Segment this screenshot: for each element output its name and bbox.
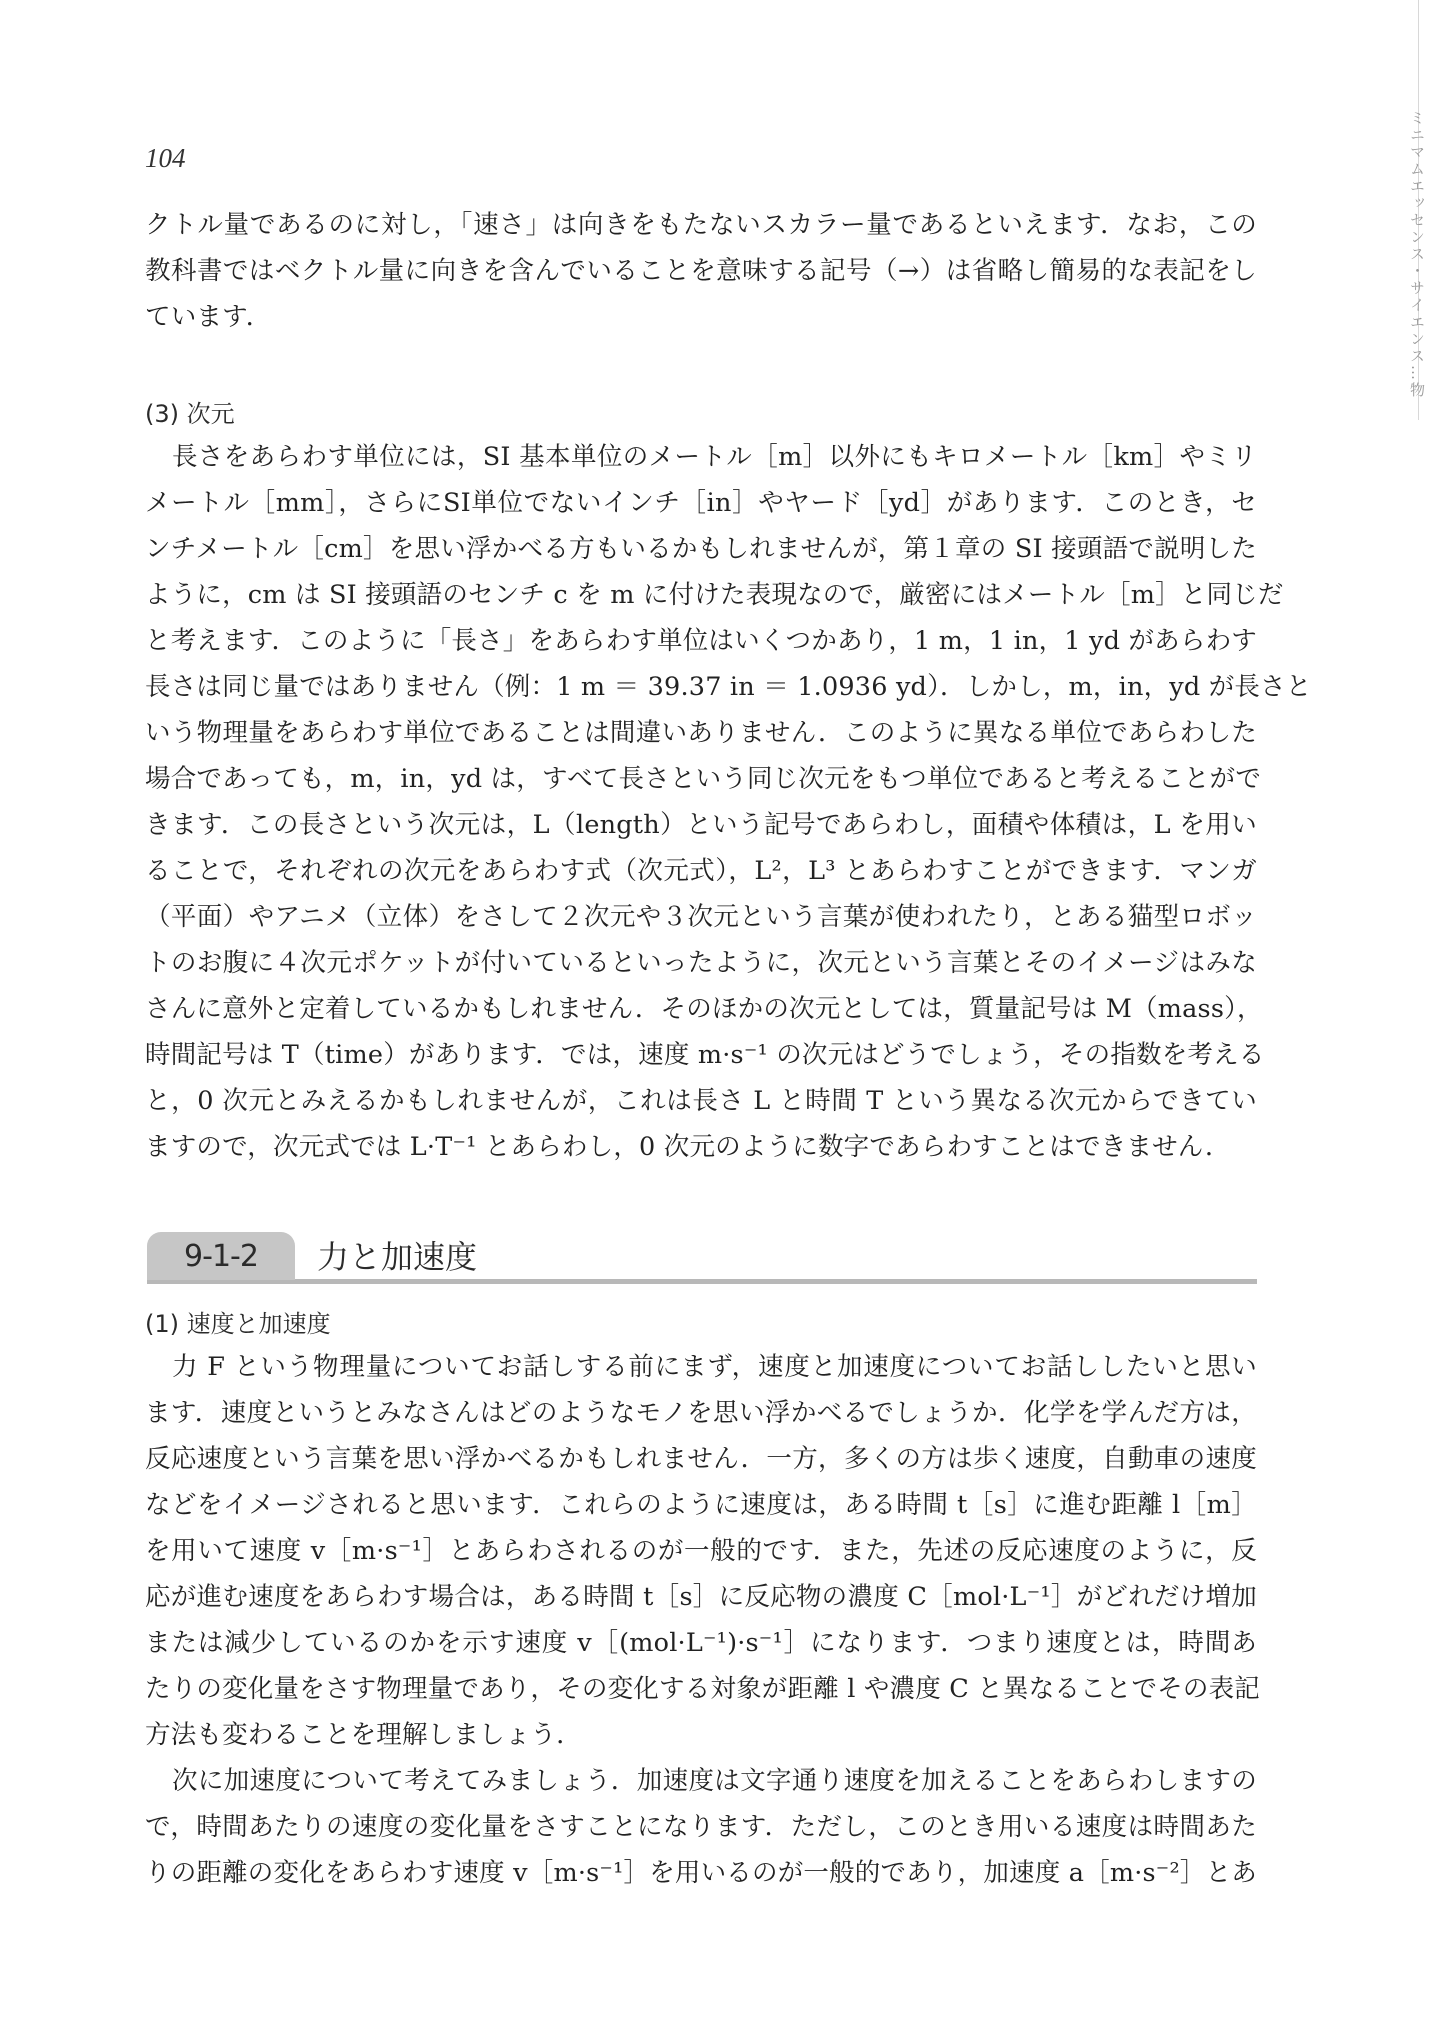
text-line: 反応速度という言葉を思い浮かべるかもしれません．一方，多くの方は歩く速度，自動車… [145, 1436, 1257, 1482]
text-line: トのお腹に４次元ポケットが付いているといったように，次元という言葉とそのイメージ… [145, 940, 1257, 986]
intro-paragraph: クトル量であるのに対し，「速さ」は向きをもたないスカラー量であるといえます．なお… [145, 202, 1257, 340]
subsection-heading-velocity: (1) 速度と加速度 [145, 1304, 331, 1339]
edge-running-head: ミニマムエッセンス・サイエンス…物理 [1408, 110, 1428, 410]
section-title: 力と加速度 [317, 1232, 477, 1282]
dimension-paragraph: 長さをあらわす単位には，SI 基本単位のメートル［m］以外にもキロメートル［km… [145, 434, 1257, 1170]
text-line: を用いて速度 v［m·s⁻¹］とあらわされるのが一般的です．また，先述の反応速度… [145, 1528, 1257, 1574]
text-line: 場合であっても，m，in，yd は，すべて長さという同じ次元をもつ単位であると考… [145, 756, 1257, 802]
text-line: 長さは同じ量ではありません（例：1 m ＝ 39.37 in ＝ 1.0936 … [145, 664, 1257, 710]
text-line: 教科書ではベクトル量に向きを含んでいることを意味する記号（→）は省略し簡易的な表… [145, 248, 1257, 294]
text-line: で，時間あたりの速度の変化量をさすことになります．ただし，このとき用いる速度は時… [145, 1804, 1257, 1850]
page-number: 104 [145, 143, 186, 174]
text-line: 長さをあらわす単位には，SI 基本単位のメートル［m］以外にもキロメートル［km… [145, 434, 1257, 480]
text-line: 次に加速度について考えてみましょう．加速度は文字通り速度を加えることをあらわしま… [145, 1758, 1257, 1804]
text-line: さんに意外と定着しているかもしれません．そのほかの次元としては，質量記号は M（… [145, 986, 1257, 1032]
velocity-paragraph-1: 力 F という物理量についてお話しする前にまず，速度と加速度についてお話ししたい… [145, 1344, 1257, 1758]
text-line: たりの変化量をさす物理量であり，その変化する対象が距離 l や濃度 C と異なる… [145, 1666, 1257, 1712]
text-line: 力 F という物理量についてお話しする前にまず，速度と加速度についてお話ししたい… [145, 1344, 1257, 1390]
text-line: ることで，それぞれの次元をあらわす式（次元式），L²，L³ とあらわすことができ… [145, 848, 1257, 894]
text-line: いう物理量をあらわす単位であることは間違いありません．このように異なる単位であら… [145, 710, 1257, 756]
text-line: などをイメージされると思います．これらのように速度は，ある時間 t［s］に進む距… [145, 1482, 1257, 1528]
subsection-heading-dimension: (3) 次元 [145, 394, 235, 429]
text-line: メートル［mm］，さらにSI単位でないインチ［in］やヤード［yd］があります．… [145, 480, 1257, 526]
section-number-tab: 9-1-2 [147, 1232, 295, 1280]
text-line: 方法も変わることを理解しましょう． [145, 1712, 1257, 1758]
text-line: ンチメートル［cm］を思い浮かべる方もいるかもしれませんが，第１章の SI 接頭… [145, 526, 1257, 572]
text-line: または減少しているのかを示す速度 v［(mol·L⁻¹)·s⁻¹］になります．つ… [145, 1620, 1257, 1666]
section-heading: 9-1-2 力と加速度 [147, 1232, 1257, 1288]
text-line: クトル量であるのに対し，「速さ」は向きをもたないスカラー量であるといえます．なお… [145, 202, 1257, 248]
text-line: きます．この長さという次元は，L（length）という記号であらわし，面積や体積… [145, 802, 1257, 848]
velocity-paragraph-2: 次に加速度について考えてみましょう．加速度は文字通り速度を加えることをあらわしま… [145, 1758, 1257, 1896]
text-line: りの距離の変化をあらわす速度 v［m·s⁻¹］を用いるのが一般的であり，加速度 … [145, 1850, 1257, 1896]
text-line: ように，cm は SI 接頭語のセンチ c を m に付けた表現なので，厳密には… [145, 572, 1257, 618]
text-line: ます．速度というとみなさんはどのようなモノを思い浮かべるでしょうか．化学を学んだ… [145, 1390, 1257, 1436]
text-line: 応が進む速度をあらわす場合は，ある時間 t［s］に反応物の濃度 C［mol·L⁻… [145, 1574, 1257, 1620]
section-heading-rule [147, 1279, 1257, 1284]
text-line: と考えます．このように「長さ」をあらわす単位はいくつかあり，1 m，1 in，1… [145, 618, 1257, 664]
text-line: （平面）やアニメ（立体）をさして２次元や３次元という言葉が使われたり，とある猫型… [145, 894, 1257, 940]
text-line: ますので，次元式では L·T⁻¹ とあらわし，0 次元のように数字であらわすこと… [145, 1124, 1257, 1170]
text-line: ています． [145, 294, 1257, 340]
text-line: 時間記号は T（time）があります．では，速度 m·s⁻¹ の次元はどうでしょ… [145, 1032, 1257, 1078]
text-line: と，0 次元とみえるかもしれませんが，これは長さ L と時間 T という異なる次… [145, 1078, 1257, 1124]
